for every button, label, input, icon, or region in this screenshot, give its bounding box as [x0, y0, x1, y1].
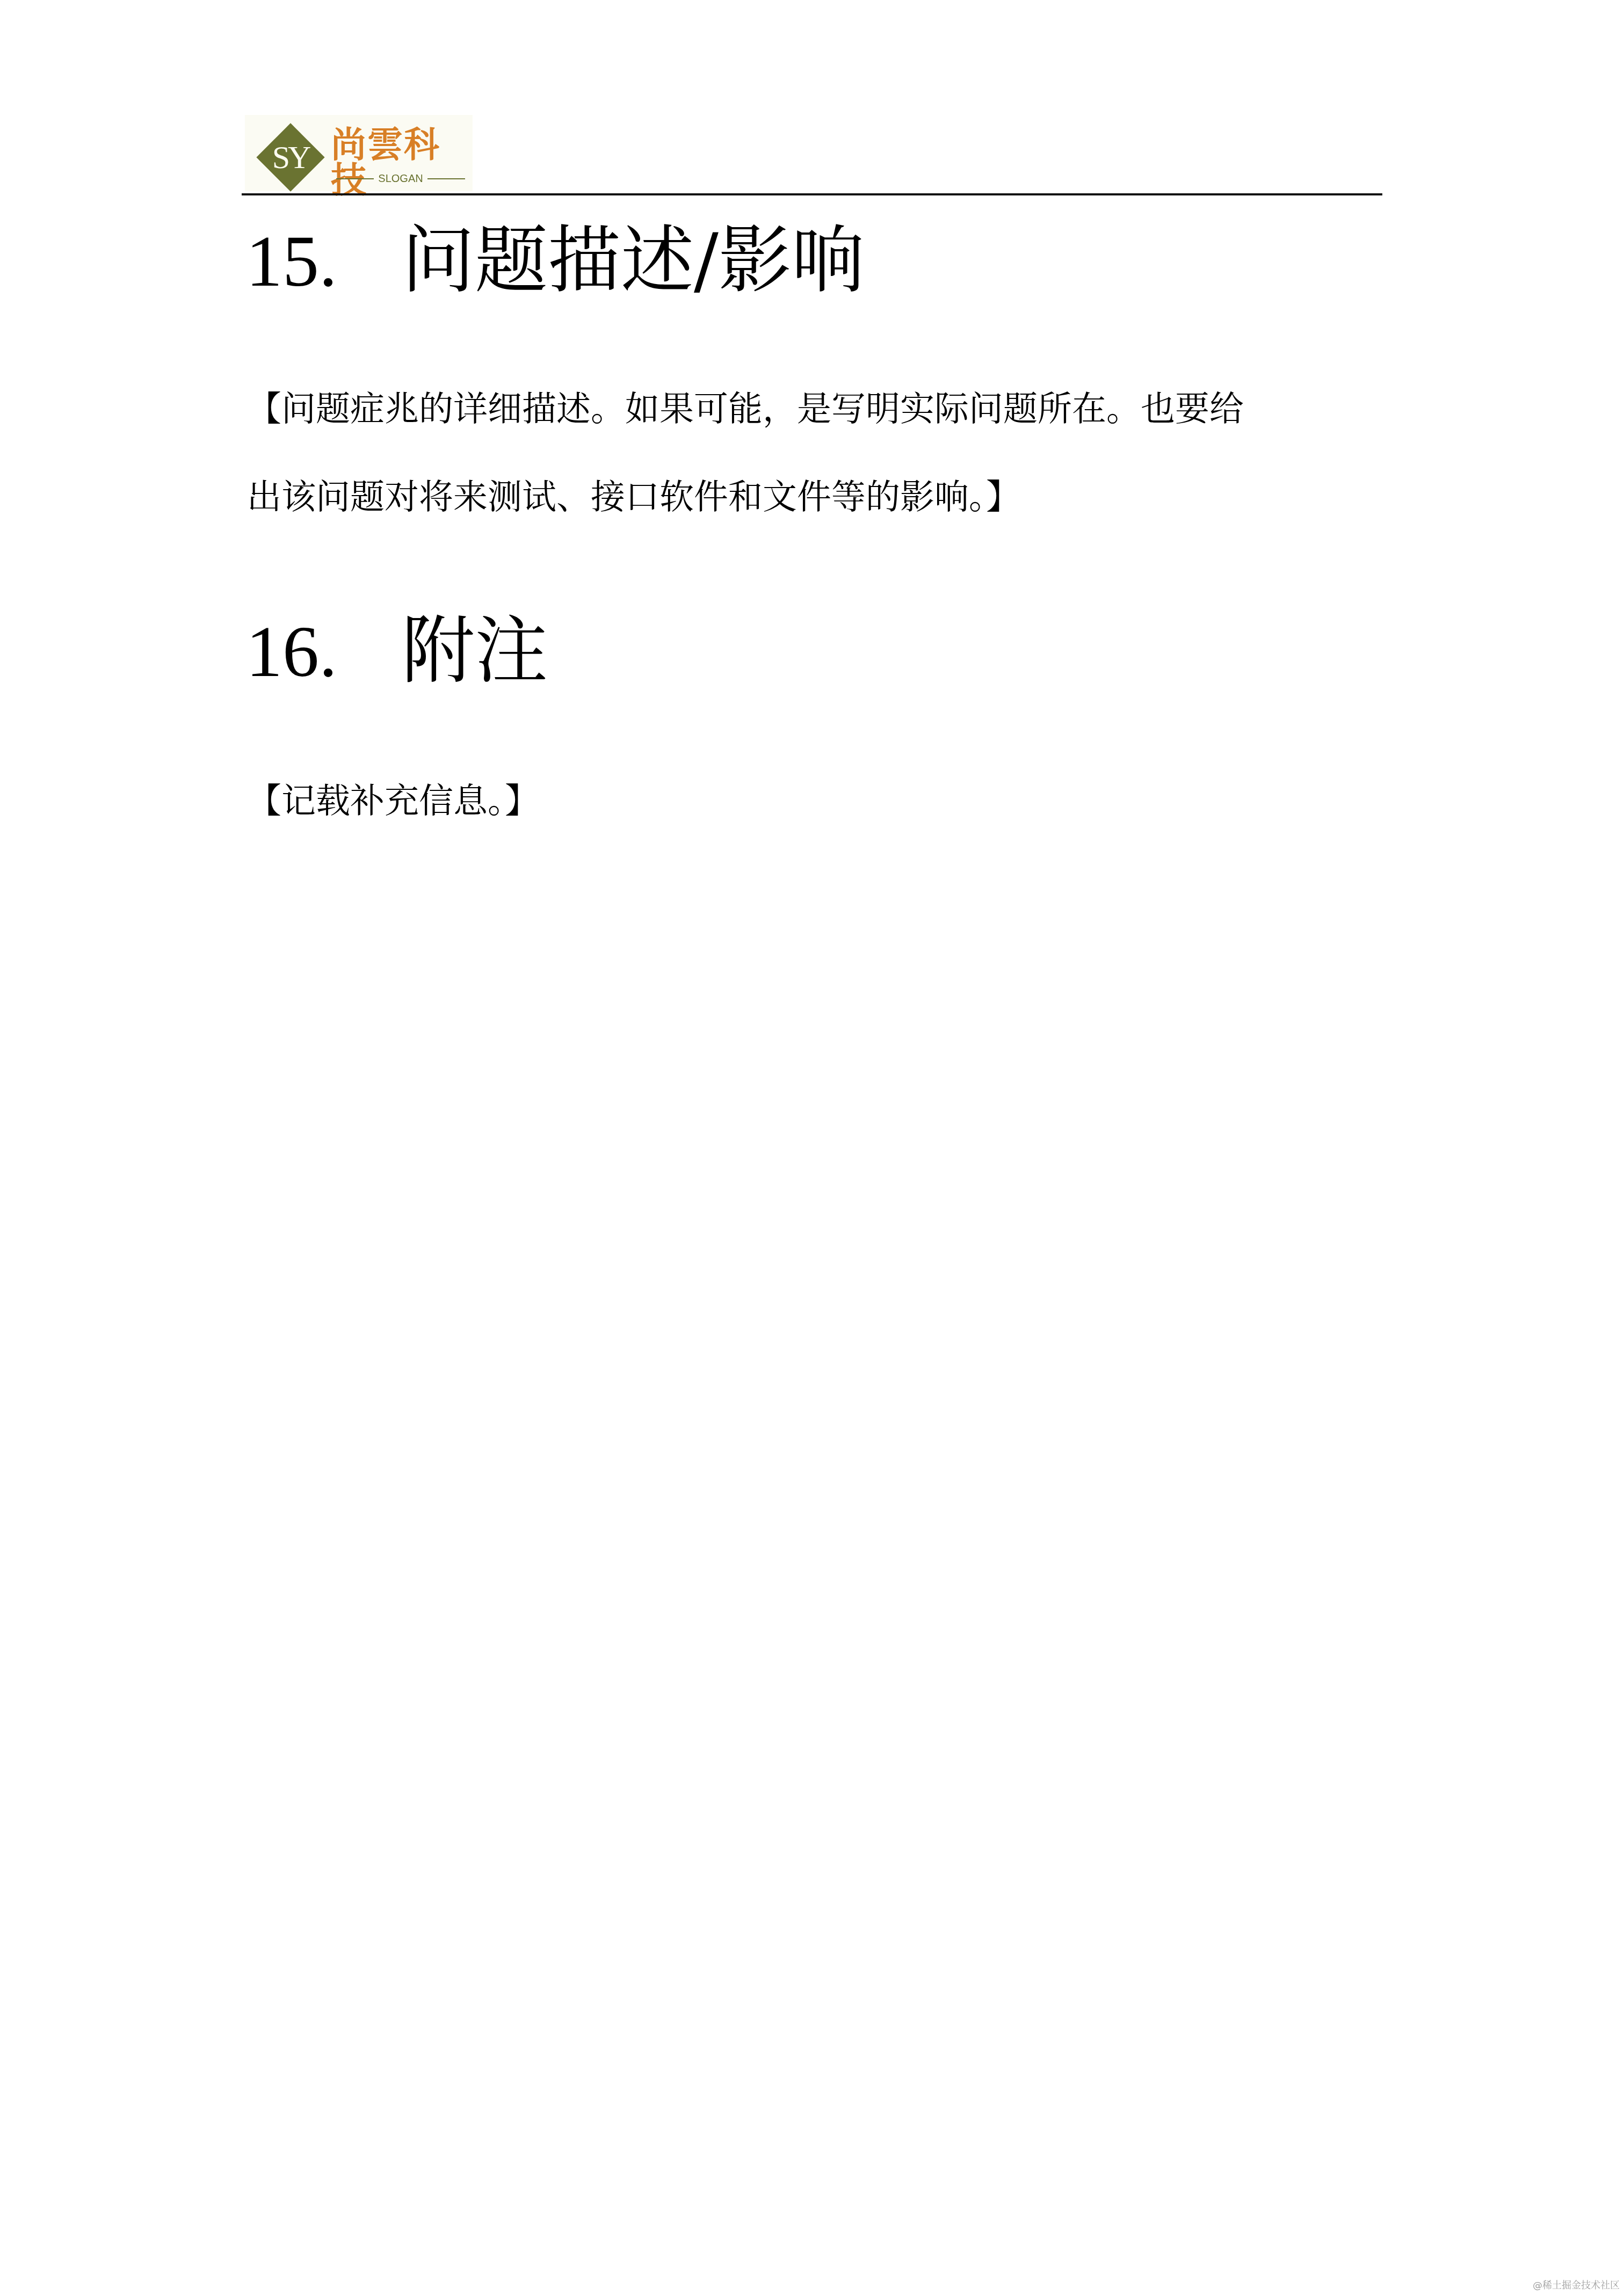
- section-15-paragraph-line-1: 【问题症兆的详细描述。如果可能，是写明实际问题所在。也要给: [247, 392, 1244, 426]
- logo-diamond: SY: [257, 123, 324, 191]
- section-number: 16.: [246, 615, 402, 688]
- logo-slogan-row: SLOGAN: [336, 173, 465, 185]
- header-divider: [242, 193, 1382, 195]
- section-16-paragraph-line-1: 【记载补充信息。】: [247, 784, 539, 818]
- section-heading-15: 15.问题描述/影响: [246, 224, 865, 298]
- section-title: 问题描述/影响: [402, 219, 865, 303]
- company-logo: SY 尚雲科技 SLOGAN: [245, 115, 473, 191]
- section-heading-16: 16.附注: [246, 615, 548, 688]
- section-title: 附注: [402, 609, 548, 694]
- logo-monogram: SY: [257, 123, 324, 191]
- watermark: @稀土掘金技术社区: [1533, 2278, 1620, 2292]
- slogan-divider-right: [427, 178, 465, 179]
- page-header: SY 尚雲科技 SLOGAN: [242, 113, 1382, 196]
- logo-slogan: SLOGAN: [378, 173, 423, 184]
- logo-brand-name: 尚雲科技: [331, 127, 473, 198]
- section-15-paragraph-line-2: 出该问题对将来测试、接口软件和文件等的影响。】: [247, 480, 1020, 514]
- section-number: 15.: [246, 225, 402, 298]
- slogan-divider-left: [336, 178, 374, 179]
